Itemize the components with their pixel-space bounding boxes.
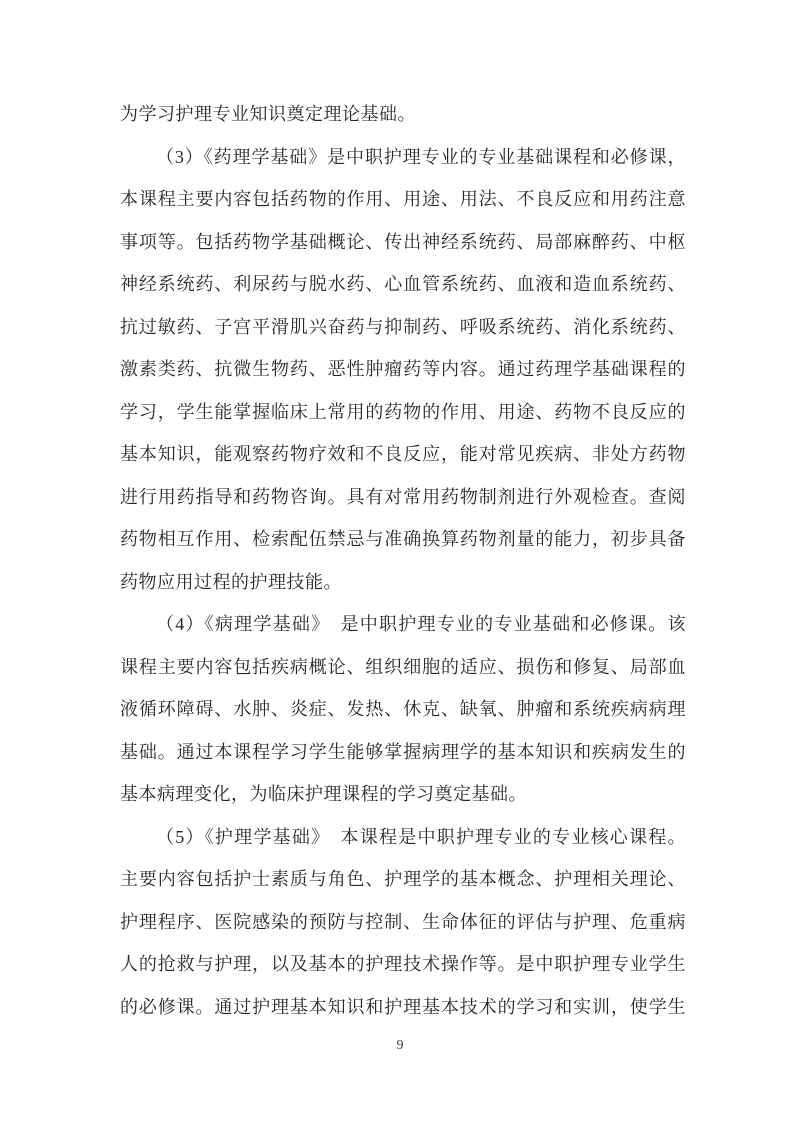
text-line: （5）《护理学基础》 本课程是中职护理专业的专业核心课程。 [120, 816, 686, 859]
text-line: 激素类药、抗微生物药、恶性肿瘤药等内容。通过药理学基础课程的 [120, 348, 686, 391]
text-line: 护理程序、医院感染的预防与控制、生命体征的评估与护理、危重病 [120, 901, 686, 944]
text-line: 药物应用过程的护理技能。 [120, 561, 686, 604]
text-line: 为学习护理专业知识奠定理论基础。 [120, 93, 686, 136]
text-line: 神经系统药、利尿药与脱水药、心血管系统药、血液和造血系统药、 [120, 263, 686, 306]
text-line: 基本病理变化，为临床护理课程的学习奠定基础。 [120, 773, 686, 816]
text-line: 基本知识，能观察药物疗效和不良反应，能对常见疾病、非处方药物 [120, 433, 686, 476]
text-line: （3）《药理学基础》是中职护理专业的专业基础课程和必修课， [120, 136, 686, 179]
text-line: 人的抢救与护理，以及基本的护理技术操作等。是中职护理专业学生 [120, 943, 686, 986]
text-line: 本课程主要内容包括药物的作用、用途、用法、不良反应和用药注意 [120, 178, 686, 221]
text-line: 的必修课。通过护理基本知识和护理基本技术的学习和实训，使学生 [120, 986, 686, 1029]
text-line: 进行用药指导和药物咨询。具有对常用药物制剂进行外观检查。查阅 [120, 476, 686, 519]
text-line: 学习，学生能掌握临床上常用的药物的作用、用途、药物不良反应的 [120, 391, 686, 434]
text-line: 抗过敏药、子宫平滑肌兴奋药与抑制药、呼吸系统药、消化系统药、 [120, 306, 686, 349]
text-line: 液循环障碍、水肿、炎症、发热、休克、缺氧、肿瘤和系统疾病病理 [120, 688, 686, 731]
text-line: 基础。通过本课程学习学生能够掌握病理学的基本知识和疾病发生的 [120, 731, 686, 774]
text-line: 事项等。包括药物学基础概论、传出神经系统药、局部麻醉药、中枢 [120, 221, 686, 264]
text-block: 为学习护理专业知识奠定理论基础。 （3）《药理学基础》是中职护理专业的专业基础课… [120, 93, 686, 1028]
document-page: 为学习护理专业知识奠定理论基础。 （3）《药理学基础》是中职护理专业的专业基础课… [0, 0, 800, 1131]
text-line: 课程主要内容包括疾病概论、组织细胞的适应、损伤和修复、局部血 [120, 646, 686, 689]
page-number: 9 [0, 1036, 800, 1056]
text-line: 主要内容包括护士素质与角色、护理学的基本概念、护理相关理论、 [120, 858, 686, 901]
text-line: （4）《病理学基础》 是中职护理专业的专业基础和必修课。该 [120, 603, 686, 646]
text-line: 药物相互作用、检索配伍禁忌与准确换算药物剂量的能力，初步具备 [120, 518, 686, 561]
